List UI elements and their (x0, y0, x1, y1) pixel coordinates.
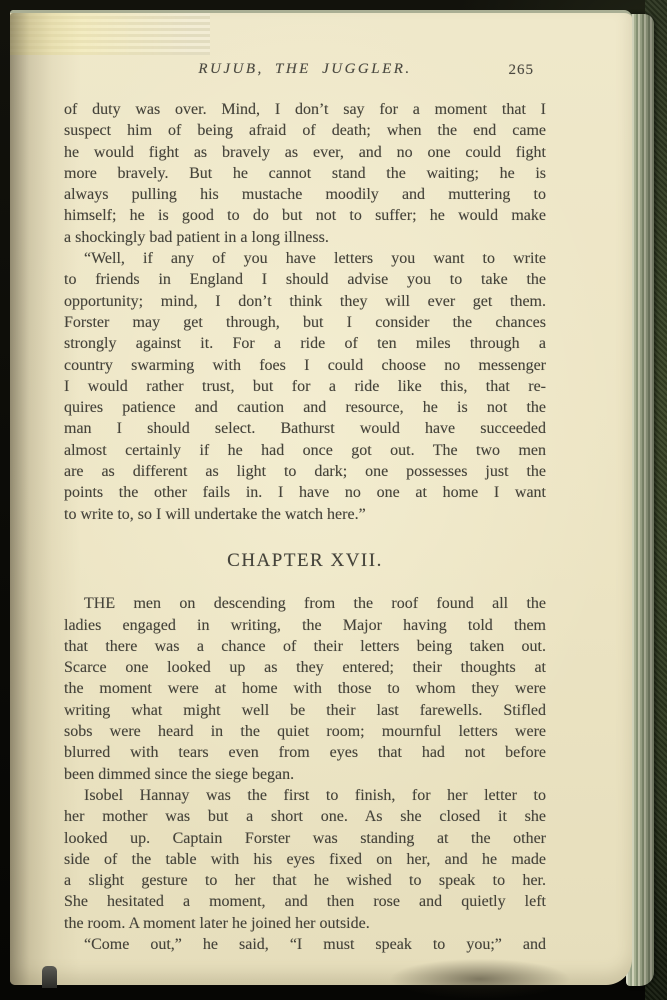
book-scan: RUJUB, THE JUGGLER. 265 of duty was over… (0, 0, 667, 1000)
text-line: that there was a chance of their letters… (64, 636, 546, 657)
text-line: of duty was over. Mind, I don’t say for … (64, 99, 546, 120)
text-line: the room. A moment later he joined her o… (64, 913, 546, 934)
text-line: ladies engaged in writing, the Major hav… (64, 615, 546, 636)
text-line: writing what might well be their last fa… (64, 700, 546, 721)
text-line: sobs were heard in the quiet room; mourn… (64, 721, 546, 742)
text-line: Scarce one looked up as they entered; th… (64, 657, 546, 678)
text-line: a shockingly bad patient in a long illne… (64, 227, 546, 248)
chapter-heading: CHAPTER XVII. (64, 550, 546, 571)
page-clip (42, 966, 57, 988)
text-line: been dimmed since the siege began. (64, 764, 546, 785)
text-line: blurred with tears even from eyes that h… (64, 742, 546, 763)
bottom-shadow (360, 943, 600, 1000)
page-number: 265 (509, 62, 535, 79)
text-line: almost certainly if he had once got out.… (64, 440, 546, 461)
text-line: strongly against it. For a ride of ten m… (64, 333, 546, 354)
page-header: RUJUB, THE JUGGLER. 265 (64, 61, 546, 85)
text-line: I would rather trust, but for a ride lik… (64, 376, 546, 397)
text-line: himself; he is good to do but not to suf… (64, 205, 546, 226)
text-line: her mother was but a short one. As she c… (64, 806, 546, 827)
text-line: quires patience and caution and resource… (64, 397, 546, 418)
text-line: “Well, if any of you have letters you wa… (64, 248, 546, 269)
text-line: the moment were at home with those to wh… (64, 678, 546, 699)
text-line: side of the table with his eyes fixed on… (64, 849, 546, 870)
text-line: to write to, so I will undertake the wat… (64, 504, 546, 525)
paragraph: THE men on descending from the roof foun… (64, 593, 546, 785)
text-line: man I should select. Bathurst would have… (64, 418, 546, 439)
text-line: country swarming with foes I could choos… (64, 355, 546, 376)
text-line: a slight gesture to her that he wished t… (64, 870, 546, 891)
text-line: suspect him of being afraid of death; wh… (64, 120, 546, 141)
text-line: are as different as light to dark; one p… (64, 461, 546, 482)
text-line: She hesitated a moment, and then rose an… (64, 891, 546, 912)
text-line: Isobel Hannay was the first to finish, f… (64, 785, 546, 806)
text-line: THE men on descending from the roof foun… (64, 593, 546, 614)
paragraph: of duty was over. Mind, I don’t say for … (64, 99, 546, 248)
text-column: RUJUB, THE JUGGLER. 265 of duty was over… (64, 61, 546, 955)
text-line: always pulling his mustache moodily and … (64, 184, 546, 205)
text-line: points the other fails in. I have no one… (64, 482, 546, 503)
text-line: opportunity; mind, I don’t think they wi… (64, 291, 546, 312)
text-line: he would fight as bravely as ever, and n… (64, 142, 546, 163)
body-text: of duty was over. Mind, I don’t say for … (64, 99, 546, 955)
text-line: looked up. Captain Forster was standing … (64, 828, 546, 849)
paragraph: Isobel Hannay was the first to finish, f… (64, 785, 546, 934)
text-line: Forster may get through, but I consider … (64, 312, 546, 333)
text-line: to friends in England I should advise yo… (64, 269, 546, 290)
book-page: RUJUB, THE JUGGLER. 265 of duty was over… (10, 10, 632, 985)
text-line: more bravely. But he cannot stand the wa… (64, 163, 546, 184)
paragraph: “Well, if any of you have letters you wa… (64, 248, 546, 525)
running-title: RUJUB, THE JUGGLER. (64, 61, 546, 78)
